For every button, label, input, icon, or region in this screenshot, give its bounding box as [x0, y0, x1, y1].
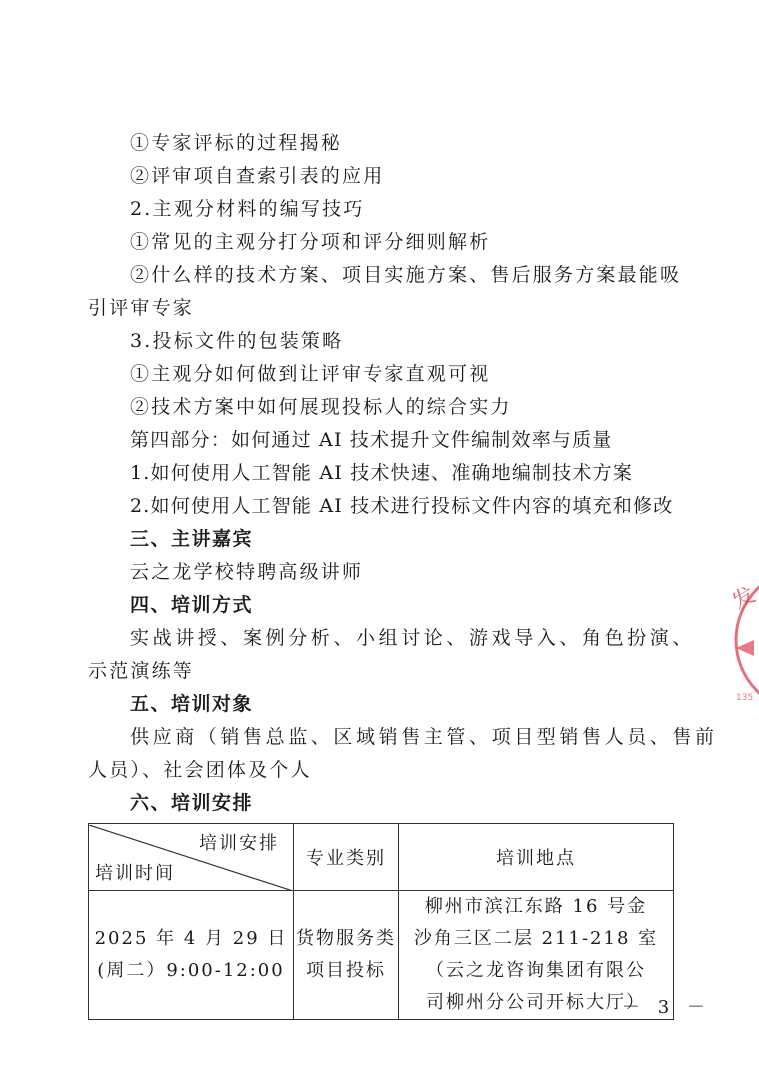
method-body: 实战讲授、案例分析、小组讨论、游戏导入、角色扮演、	[130, 622, 720, 654]
cell-category: 货物服务类 项目投标	[294, 891, 399, 1020]
part-four-title: 第四部分：如何通过 AI 技术提升文件编制效率与质量	[130, 424, 720, 456]
svg-text:135: 135	[736, 693, 753, 703]
section-heading-schedule: 六、培训安排	[130, 787, 720, 819]
outline-item: ①专家评标的过程揭秘	[130, 127, 720, 159]
table-row: 2025 年 4 月 29 日 (周二）9:00-12:00 货物服务类 项目投…	[89, 891, 674, 1020]
location-line: 沙角三区二层 211-218 室	[399, 923, 673, 955]
outline-item: 2.如何使用人工智能 AI 技术进行投标文件内容的填充和修改	[130, 490, 720, 522]
section-heading-speaker: 三、主讲嘉宾	[130, 523, 720, 555]
speaker-body: 云之龙学校特聘高级讲师	[130, 556, 720, 588]
svg-text:发: 发	[729, 583, 759, 616]
section-heading-method: 四、培训方式	[130, 589, 720, 621]
table-header-row: 培训安排 培训时间 专业类别 培训地点	[89, 824, 674, 891]
outline-item: ②技术方案中如何展现投标人的综合实力	[130, 391, 720, 423]
outline-item-continuation: 引评审专家	[88, 292, 678, 324]
header-arrangement: 培训安排	[199, 829, 279, 855]
outline-item: ①常见的主观分打分项和评分细则解析	[130, 226, 720, 258]
cell-time: 2025 年 4 月 29 日 (周二）9:00-12:00	[89, 891, 294, 1020]
location-line: 柳州市滨江东路 16 号金	[399, 891, 673, 923]
official-seal-icon: 发 135	[728, 560, 759, 720]
outline-item: 3.投标文件的包装策略	[130, 325, 720, 357]
outline-item: 2.主观分材料的编写技巧	[130, 193, 720, 225]
category-line: 货物服务类	[294, 923, 398, 955]
header-category: 专业类别	[294, 824, 399, 891]
page-number: － 3 －	[622, 993, 711, 1019]
audience-body: 供应商（销售总监、区域销售主管、项目型销售人员、售前	[130, 721, 720, 753]
outline-item: ②什么样的技术方案、项目实施方案、售后服务方案最能吸	[130, 259, 720, 291]
location-line: （云之龙咨询集团有限公	[399, 955, 673, 987]
outline-item: ②评审项自查索引表的应用	[130, 160, 720, 192]
time-hours: (周二）9:00-12:00	[89, 955, 293, 987]
section-heading-audience: 五、培训对象	[130, 688, 720, 720]
outline-item: ①主观分如何做到让评审专家直观可视	[130, 358, 720, 390]
header-location: 培训地点	[399, 824, 674, 891]
document-page: ①专家评标的过程揭秘 ②评审项自查索引表的应用 2.主观分材料的编写技巧 ①常见…	[0, 0, 759, 1073]
audience-body-continuation: 人员）、社会团体及个人	[88, 754, 678, 786]
schedule-table: 培训安排 培训时间 专业类别 培训地点 2025 年 4 月 29 日 (周二）…	[88, 823, 674, 1020]
diagonal-header-cell: 培训安排 培训时间	[89, 824, 294, 891]
header-time: 培训时间	[95, 859, 175, 885]
outline-item: 1.如何使用人工智能 AI 技术快速、准确地编制技术方案	[130, 457, 720, 489]
category-line: 项目投标	[294, 955, 398, 987]
method-body-continuation: 示范演练等	[88, 655, 678, 687]
time-date: 2025 年 4 月 29 日	[89, 923, 293, 955]
